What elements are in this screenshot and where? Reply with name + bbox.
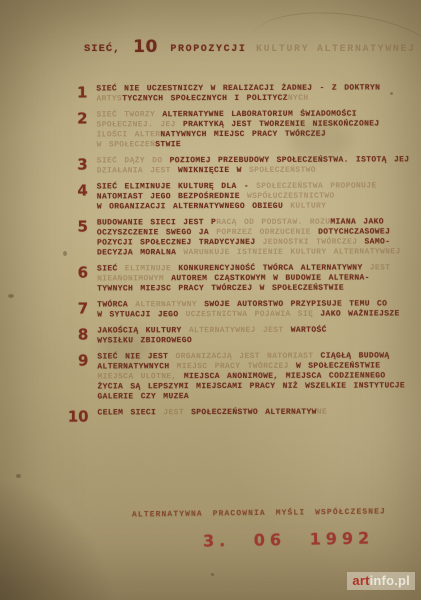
item-text: SIEĆ NIE UCZESTNICZY W REALIZACJI ŻADNEJ… — [96, 83, 380, 104]
document-title: SIEĆ, 10 PROPOZYCJI KULTURY ALTERNATYWNE… — [84, 36, 416, 56]
item-number: 5 — [64, 218, 88, 258]
title-prefix: SIEĆ, — [84, 43, 121, 55]
manifesto-item: 5BUDOWANIE SIECI JEST PRACĄ OD PODSTAW. … — [64, 217, 394, 258]
manifesto-item: 3SIEĆ DĄŻY DO POZIOMEJ PRZEBUDOWY SPOŁEC… — [64, 155, 394, 176]
item-number: 4 — [64, 182, 88, 212]
manifesto-item: 4SIEĆ ELIMINUJE KULTURĘ DLA - SPOŁECZEŃS… — [64, 181, 394, 212]
paper-stain — [290, 120, 350, 160]
paper-speck — [63, 251, 67, 256]
date-stamp: 3. 06 1992 — [203, 529, 374, 551]
title-number: 10 — [133, 37, 158, 57]
paper-speck — [390, 92, 393, 95]
item-number: 1 — [63, 84, 87, 104]
item-text: CELEM SIECI JEST SPOŁECZEŃSTWO ALTERNATY… — [98, 408, 328, 425]
item-number: 10 — [65, 408, 89, 424]
paper-speck — [16, 474, 21, 478]
item-number: 2 — [63, 110, 87, 150]
item-number: 9 — [64, 352, 88, 402]
item-number: 8 — [64, 326, 88, 346]
title-faded-words: KULTURY ALTERNATYWNEJ — [256, 44, 416, 55]
studio-line: ALTERNATYWNA PRACOWNIA MYŚLI WSPÓŁCZESNE… — [132, 507, 386, 519]
item-text: SIEĆ ELIMINUJE KONKURENCYJNOŚĆ TWÓRCA AL… — [97, 263, 390, 294]
item-number: 7 — [64, 300, 88, 320]
artinfo-watermark: artinfo.pl — [347, 572, 415, 590]
item-text: SIEĆ ELIMINUJE KULTURĘ DLA - SPOŁECZEŃST… — [97, 181, 377, 212]
manifesto-item: 1SIEĆ NIE UCZESTNICZY W REALIZACJI ŻADNE… — [63, 83, 393, 104]
paper-speck — [211, 573, 214, 576]
item-text: BUDOWANIE SIECI JEST PRACĄ OD PODSTAW. R… — [97, 217, 401, 258]
manifesto-item: 10CELEM SIECI JEST SPOŁECZEŃSTWO ALTERNA… — [65, 407, 395, 424]
item-number: 6 — [64, 264, 88, 294]
watermark-suffix: info.pl — [370, 573, 410, 588]
item-text: SIEĆ DĄŻY DO POZIOMEJ PRZEBUDOWY SPOŁECZ… — [97, 155, 410, 176]
document-photo: SIEĆ, 10 PROPOZYCJI KULTURY ALTERNATYWNE… — [0, 0, 421, 600]
paper-stain — [100, 330, 150, 366]
watermark-art: art — [352, 573, 369, 588]
item-text: TWÓRCA ALTERNATYWNY SWOJE AUTORSTWO PRZY… — [97, 299, 400, 320]
manifesto-item: 6SIEĆ ELIMINUJE KONKURENCYJNOŚĆ TWÓRCA A… — [64, 263, 394, 294]
title-word: PROPOZYCJI — [170, 44, 246, 55]
paper-speck — [8, 294, 14, 298]
item-number: 3 — [64, 156, 88, 176]
manifesto-item: 7TWÓRCA ALTERNATYWNY SWOJE AUTORSTWO PRZ… — [64, 299, 394, 320]
